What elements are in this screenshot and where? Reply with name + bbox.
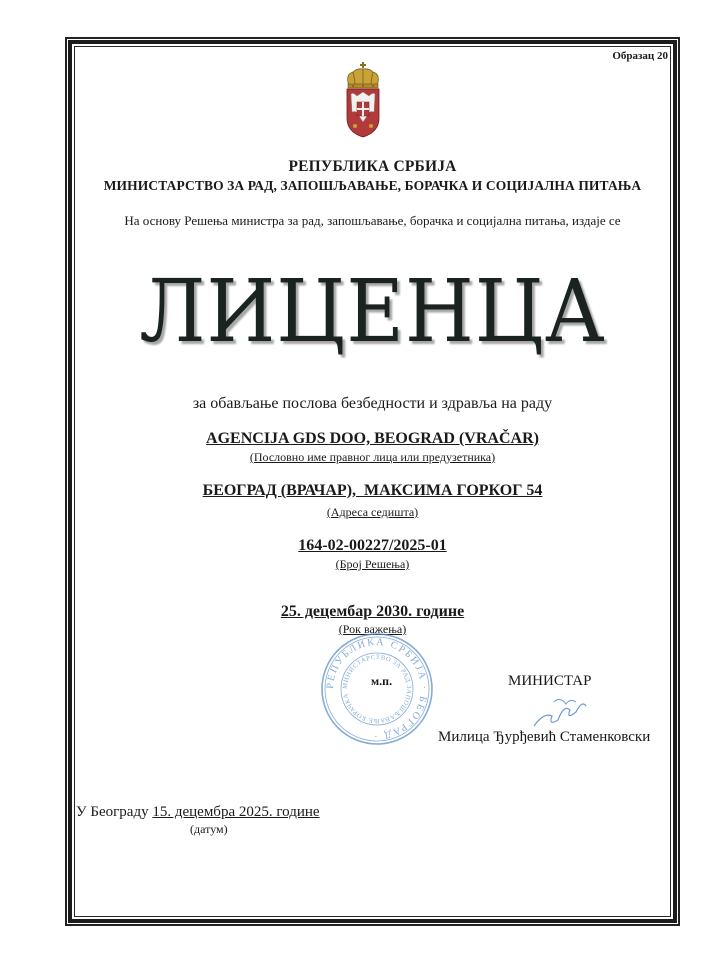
issue-date-label: (датум)	[190, 822, 228, 837]
form-number: Образац 20	[612, 50, 668, 62]
decision-number: 164-02-00227/2025-01	[74, 537, 671, 555]
decision-number-label: (Број Решења)	[74, 557, 671, 572]
ministry-heading: МИНИСТАРСТВО ЗА РАД, ЗАПОШЉАВАЊЕ, БОРАЧК…	[74, 178, 671, 194]
signatory-title: МИНИСТАР	[508, 673, 591, 690]
official-seal-icon: РЕПУБЛИКА СРБИЈА · БЕОГРАД · МИНИСТАРСТВ…	[318, 630, 436, 748]
validity-date: 25. децембар 2030. године	[74, 603, 671, 621]
issuance-basis: На основу Решења министра за рад, запошљ…	[74, 213, 671, 229]
seal-placeholder-label: м.п.	[371, 674, 392, 689]
signatory-name: Милица Ђурђевић Стаменковски	[438, 729, 650, 746]
issue-place: У Београду	[76, 804, 149, 820]
issue-date: 15. децембра 2025. године	[152, 804, 319, 820]
company-name-label: (Пословно име правног лица или предузетн…	[74, 450, 671, 465]
svg-text:МИНИСТАРСТВО ЗА РАД ЗАПОШЉАВАЊ: МИНИСТАРСТВО ЗА РАД ЗАПОШЉАВАЊЕ БОРАЧКА	[342, 654, 412, 724]
license-purpose: за обављање послова безбедности и здрављ…	[74, 395, 671, 413]
company-name: AGENCIJA GDS DOO, BEOGRAD (VRAČAR)	[74, 430, 671, 448]
issue-place-date: У Београду 15. децембра 2025. године	[76, 804, 320, 821]
signature-icon	[530, 692, 590, 732]
country-heading: РЕПУБЛИКА СРБИЈА	[74, 158, 671, 176]
company-address-label: (Адреса седишта)	[74, 505, 671, 520]
company-address: БЕОГРАД (ВРАЧАР), МАКСИМА ГОРКОГ 54	[74, 482, 671, 500]
document-title: ЛИЦЕНЦА	[98, 262, 647, 362]
serbia-coat-of-arms-icon	[341, 62, 385, 138]
